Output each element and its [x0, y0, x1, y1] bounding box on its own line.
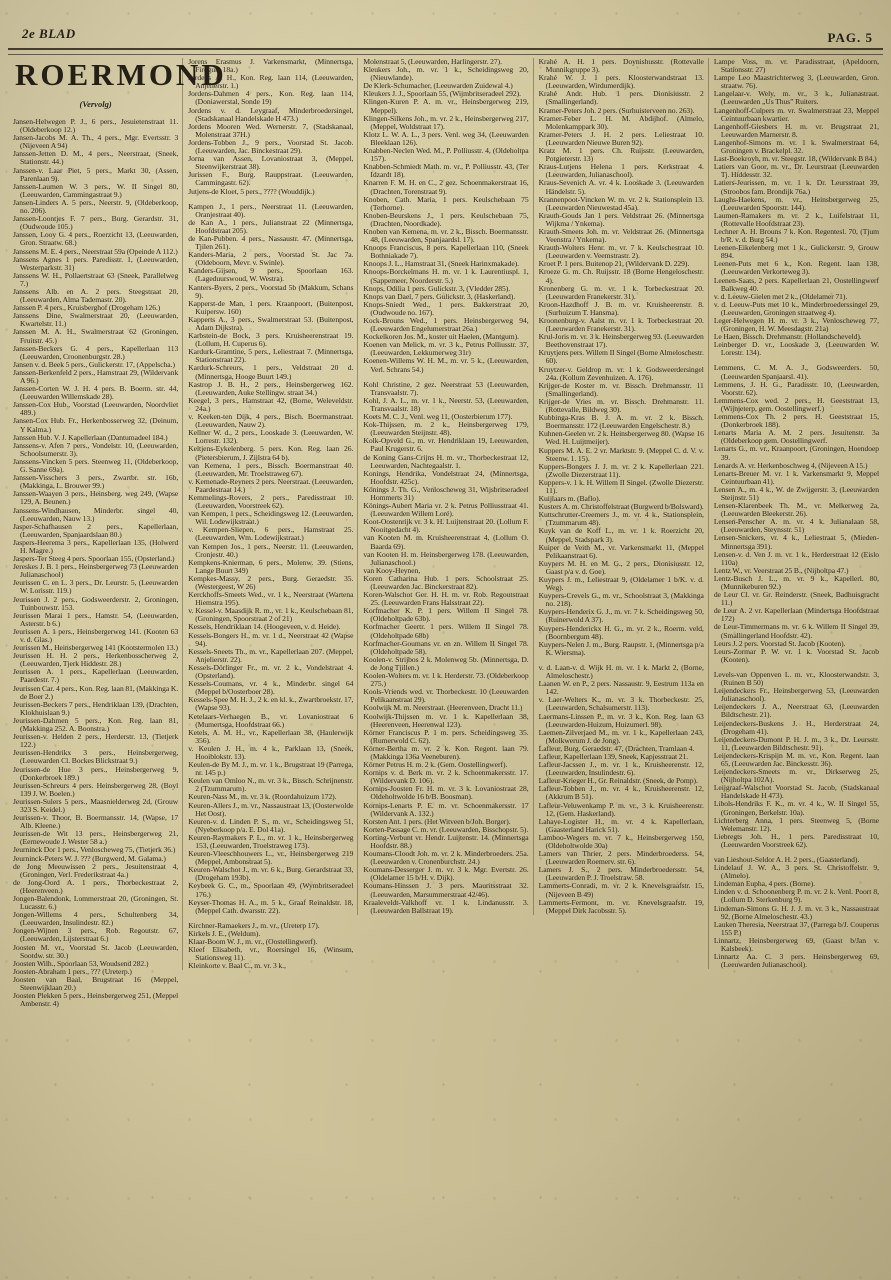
directory-entry: Könings-Aubert Maria vr. 2 k. Petrus Pol…: [363, 502, 528, 518]
directory-entry: Krannenpoot-Vincken W. m. vr. 2 k. Stati…: [539, 196, 704, 212]
directory-entry: Joosten M. vr., Voorstad St. Jacob (Leeu…: [13, 944, 178, 960]
directory-entry: Klingen-Silkens Joh., m. vr. 2 k., Heins…: [363, 115, 528, 131]
directory-entry: Jansen-Cox Hub. Fr., Herkenbosserweg 32,…: [13, 417, 178, 433]
column-3-entries: Molenstraat 5, (Leeuwarden, Harlingerstr…: [363, 58, 528, 915]
directory-entry: Körner Franciscus P. 1 m. pers. Scheidin…: [363, 729, 528, 745]
directory-entry: Kuypers M. H. en M. G., 2 pers., Dionisi…: [539, 560, 704, 576]
directory-entry: Jeurissen J. 2 pers., Godsweerderstr. 2,…: [13, 596, 178, 612]
directory-entry: Knops-Sniedt Wed., 1 pers. Bakkerstraat …: [363, 301, 528, 317]
directory-entry: Kok-Thijssen, m. 2 k., Heinsbergerweg 17…: [363, 421, 528, 437]
directory-entry: Krul-Joris m. vr. 3 k. Heinsbergerweg 93…: [539, 333, 704, 349]
directory-entry: Leijgraaf-Walschot Voorstad St. Jacob, (…: [714, 784, 879, 800]
directory-entry: van Kooten M. m. Kruisheerenstraat 4, (L…: [363, 534, 528, 550]
directory-entry: de Leur A. 2 vr. Kapellerlaan (Mindertsg…: [714, 607, 879, 623]
directory-entry: Koumans-Hinssen J. 3 pers. Mauritsstraat…: [363, 882, 528, 898]
directory-entry: Linnartz Aa. C. 3 pers. Heinsbergerweg 6…: [714, 953, 879, 969]
directory-entry: Kohl, J. A. L., m. vr. 1 k., Neerstr. 53…: [363, 397, 528, 413]
directory-entry: Kuyk van de Koff L., m. vr. 1 k. Roerzic…: [539, 527, 704, 543]
directory-entry: Lemmens-Cox wed. 2 pers., H. Geeststraat…: [714, 397, 879, 413]
directory-entry: Jurissen F., Burg. Rauppstraat. (Leeuwar…: [188, 171, 353, 187]
directory-entry: Knoben, Cath. Maria, 1 pers. Keulschebaa…: [363, 196, 528, 212]
directory-entry: Könings J. Th. G., Venloscheweg 31, Wijs…: [363, 486, 528, 502]
directory-entry: Kuypers J. m., Leliestraat 9, (Oldelamer…: [539, 576, 704, 592]
directory-entry: Latiers van Goor, m. vr., Dr. Leurstraat…: [714, 163, 879, 179]
directory-entry: Kellner W. d., 2 pers., Looskade 3. (Lee…: [188, 429, 353, 445]
directory-entry: Jordens Mooren Wed. Wernerstr. 7, (Stads…: [188, 123, 353, 139]
directory-entry: Lenarts Maria A. M. 2 pers. Jesuitenstr.…: [714, 429, 879, 445]
directory-entry: Jansen-Jacobs M. A. Th., 4 pers., Mgr. E…: [13, 134, 178, 150]
directory-entry: Koenen van Melick, m. vr. 3 k., Petrus P…: [363, 341, 528, 357]
column-1-entries: Jansen-Helwegen P. J., 6 pers., Jesuiete…: [13, 118, 178, 1008]
directory-entry: Leenen-Eikelenberg met 1 k., Gulickerstr…: [714, 244, 879, 260]
directory-entry: Kessels-Spee M. H. J., 2 k. en kl. k., Z…: [188, 696, 353, 712]
directory-entry: de Jong-Oord A. 1 pers., Thorbeckestraat…: [13, 879, 178, 895]
directory-entry: Leger-Helwegen H. m. vr. 3 k., Venlosche…: [714, 317, 879, 333]
directory-entry: Lensen-Klarenbeek Th. M., vr. Melkerweg …: [714, 502, 879, 518]
masthead: 2e BLAD PAG. 5: [8, 0, 883, 50]
directory-entry: Kramer-Peters J. H. 2 pers. Leliestraat …: [539, 131, 704, 147]
directory-entry: Knoben-Beurskens J., 1 pers. Keulschebaa…: [363, 212, 528, 228]
directory-entry: Kessels-Bongers H., m. vr. 1 d., Neerstr…: [188, 632, 353, 648]
column-2-entries: Jorens Erasmus J. Varkensmarkt, (Minnert…: [188, 58, 353, 970]
directory-entry: Lichterberg Anna, 1 pers. Steenweg 5, (B…: [714, 817, 879, 833]
section-subtitle: (Vervolg): [13, 99, 178, 109]
directory-entry: Kardurk-Gramtine, 5 pers., Leliestraat 7…: [188, 348, 353, 364]
directory-entry: Koolwijk-Thijssen m. vr. 1 k. Kapellerla…: [363, 713, 528, 729]
directory-entry: Jeurissen Marai 1 pers., Hamstr. 54, (Le…: [13, 612, 178, 628]
directory-entry: Knoops-Borckelmans H. m. vr. 1 k. Lauren…: [363, 268, 528, 284]
directory-entry: Kuypers-Henderickx H. G., m. vr. 2 k., R…: [539, 625, 704, 641]
directory-entry: Lamers J. S., 2 pers. Minderbroedersstr.…: [539, 866, 704, 882]
directory-entry: Jansen-Linders A. 5 pers., Neerstr. 9, (…: [13, 199, 178, 215]
directory-entry: Kuttschrutter-Creemers J., m. vr. 4 k., …: [539, 511, 704, 527]
directory-entry: Korting-Verbunt vr. Hendr. Luijtenstr. 1…: [363, 834, 528, 850]
directory-entry: v. d. Leeuw-Puts met 10 k., Minderbroede…: [714, 301, 879, 317]
directory-entry: Koumans-Desserger J. m. vr. 3 k. Mgr. Ev…: [363, 866, 528, 882]
directory-entry: van Kemena, 1 pers., Bissch. Boermanstra…: [188, 462, 353, 478]
directory-entry: Keuren-Allers J., m. vr., Nassaustraat 1…: [188, 802, 353, 818]
directory-entry: Korfmacher K. P. 1 pers. Willem II Singe…: [363, 607, 528, 623]
directory-entry: Lechner A. H. Brouns 7 k. Kon. Regentesl…: [714, 228, 879, 244]
directory-entry: Knarren F. M. H. en C., 2 gez. Schoenmak…: [363, 179, 528, 195]
directory-entry: Keuren-Walschot J., m. vr. 6 k., Burg. G…: [188, 866, 353, 882]
directory-entry: Kessels-Coumans, vr. 4 k., Minderbr. sin…: [188, 680, 353, 696]
directory-entry: Kroonenburg-v. Aalst m. vr. 1 k. Torbeck…: [539, 317, 704, 333]
directory-entry: Klotz L. W. A. L., 3 pers. Venl. weg 34,…: [363, 131, 528, 147]
directory-entry: de Leur-Timmermans m. vr. 6 k. Willem II…: [714, 623, 879, 639]
directory-entry: v. Kemenade-Reyners 2 pers. Neerstraat. …: [188, 478, 353, 494]
directory-entry: Lamboo-Wegers m. vr. 7 k., Heinsbergerwe…: [539, 834, 704, 850]
directory-entry: Lafleur-Veluwenkamp P. m. vr., 3 k. Krui…: [539, 802, 704, 818]
directory-entry: Lentz-Busch J. L., m. vr. 9 k., Kapeller…: [714, 575, 879, 591]
directory-entry: Langenhof-Simons m. vr. 1 k. Swalmerstra…: [714, 139, 879, 155]
directory-entry: Joosten Plekken 5 pers., Heinsbergerweg …: [13, 992, 178, 1008]
directory-entry: Knabben-Schmiedt Math. m. vr., P. Polliu…: [363, 163, 528, 179]
directory-entry: Krauth-Wolters Henr. m. vr. 7 k. Keulsch…: [539, 244, 704, 260]
directory-entry: Kuiper de Veith M., vr. Varkensmarkt 11,…: [539, 544, 704, 560]
column-1: ROERMOND (Vervolg) Jansen-Helwegen P. J.…: [8, 58, 182, 1008]
directory-entry: Jongen-Wijnen 3 pers., Rob. Regoutstr. 6…: [13, 927, 178, 943]
directory-entry: Jasper-Schafhausen 2 pers., Kapellerlaan…: [13, 523, 178, 539]
directory-entry: Jeurissen-Dahmen 5 pers., Kon. Reg. laan…: [13, 717, 178, 733]
directory-entry: Kampen J., 1 pers., Neerstraat 11. (Leeu…: [188, 203, 353, 219]
directory-entry: Janssens W. H., Pollaertstraat 63 (Sneek…: [13, 272, 178, 288]
newspaper-page: 2e BLAD PAG. 5 ROERMOND (Vervolg) Jansen…: [8, 0, 883, 1008]
directory-entry: van Kempen Jos., 1 pers., Neerstr. 11. (…: [188, 543, 353, 559]
directory-entry: Laemen-Zilverjaed M., m. vr. 1 k., Kapel…: [539, 729, 704, 745]
directory-entry: Knoben van Kemena, m. vr. 2 k., Bissch. …: [363, 228, 528, 244]
directory-entry: Kardurk-Schreurs, 1 pers., Veldstraat 20…: [188, 364, 353, 380]
directory-entry: Kessels-Sneets Th., m. vr., Kapellerlaan…: [188, 648, 353, 664]
directory-entry: Janssen-Visschers 3 pers., Zwartbr. str.…: [13, 474, 178, 490]
directory-entry: Koolen-Wolters m. vr. 1 k. Herderstr. 73…: [363, 672, 528, 688]
directory-entry: Lammerts-Conradi, m. vr. 2 k. Knevelsgra…: [539, 882, 704, 898]
directory-entry: Jeurissen C. en L. 3 pers., Dr. Leurstr.…: [13, 579, 178, 595]
directory-entry: v. Keulen J. H., m. 4 k., Parklaan 13, (…: [188, 745, 353, 761]
directory-entry: Kratz M. 1 pers. Ch. Ruijsstr. (Leeuward…: [539, 147, 704, 163]
directory-entry: Lemmens-Cox Th. 2 pers. H. Geeststraat 1…: [714, 413, 879, 429]
directory-entry: Kapperst-de Man, 1 pers. Kraanpoort, (Bu…: [188, 300, 353, 316]
directory-entry: Kuypers-Henderix G. J., m. vr. 7 k. Sche…: [539, 608, 704, 624]
directory-entry: Jongen-Willems 4 pers., Schultenberg 34,…: [13, 911, 178, 927]
directory-entry: Janssen-Berkenfeld 2 pers., Hamstraat 29…: [13, 369, 178, 385]
directory-entry: Janssen-Laumen W. 3 pers., W. II Singel …: [13, 183, 178, 199]
column-layout: ROERMOND (Vervolg) Jansen-Helwegen P. J.…: [8, 50, 883, 1008]
directory-entry: Lemmens, C. M. A. J., Godsweerders. 50, …: [714, 364, 879, 380]
edition-label: 2e BLAD: [22, 26, 76, 42]
directory-entry: Jutjens-de Kloet, 5 pers., ???? (Wouddij…: [188, 188, 353, 196]
directory-entry: Jaspers-Heerema 3 pers., Kapellerlaan 13…: [13, 539, 178, 555]
directory-entry: Koumans-Cloodt Joh. m. vr. 2 k. Minderbr…: [363, 850, 528, 866]
directory-entry: Janssen M. A. H., Swalmerstraat 62 (Gron…: [13, 328, 178, 344]
directory-entry: Janssens Alb. en A. 2 pers. Steegstraat …: [13, 288, 178, 304]
directory-entry: Kanters-Byers, 2 pers., Voorstad 5b (Mak…: [188, 284, 353, 300]
directory-entry: Jeurissen-v. Thoor, B. Boermansstr. 14, …: [13, 814, 178, 830]
directory-entry: v. Kempen-Sliepen, 6 pers., Hamstraat 25…: [188, 526, 353, 542]
directory-entry: Lenarts G., m. vr., Kraanpoort, (Groning…: [714, 445, 879, 461]
directory-entry: Kornips v. d. Berk m. vr. 2 k. Schoenmak…: [363, 769, 528, 785]
directory-entry: Laumen-Ramakers m. vr. 2 k., Luifelstraa…: [714, 212, 879, 228]
directory-entry: Kronenberg G. m. vr. 1 k. Torbeckestraat…: [539, 285, 704, 301]
directory-entry: Leijendeckers J. A., Neerstraat 63, (Lee…: [714, 703, 879, 719]
directory-entry: Kraus-Lutjens Helena 1 pers. Kerkstraat …: [539, 163, 704, 179]
directory-entry: Keyser-Thomas H. A., m. 5 k., Graaf Rein…: [188, 899, 353, 915]
directory-entry: Kornips-Joosten Fr. H. m. vr. 3 k. Lovan…: [363, 785, 528, 801]
directory-entry: Krijger-de Koster m. vr. Bissch. Drehman…: [539, 382, 704, 398]
directory-entry: Kanders-Gijsen, 9 pers., Spoorlaan 163. …: [188, 267, 353, 283]
directory-entry: Jeurissen-Schreurs 4 pers. Heinsbergerwe…: [13, 782, 178, 798]
directory-entry: Knoops Franciscus, 8 pers. Kapellerlaan …: [363, 244, 528, 260]
directory-entry: Janssen-Beckers G. 4 pers., Kapellerlaan…: [13, 345, 178, 361]
directory-entry: Kuppers-v. 1 k. H. Willem II Singel. (Zw…: [539, 479, 704, 495]
directory-entry: Joosten van Baal, Brugstraat 16 (Meppel,…: [13, 976, 178, 992]
directory-entry: Linnartz, Heinsbergerweg 69, (Gaast b/Ja…: [714, 937, 879, 953]
directory-entry: Korfmacher Geertr. 1 pers. Willem II Sin…: [363, 623, 528, 639]
directory-entry: Krijger-de Vries m. vr. Bissch. Drehmans…: [539, 398, 704, 414]
directory-entry: Kanders-Maria, 2 pers., Voorstad St. Jac…: [188, 251, 353, 267]
directory-entry: Ketels, A. M. H., vr., Kapellerlaan 38, …: [188, 729, 353, 745]
directory-entry: Jordens v. d. Leygraaf, Minderbroedersin…: [188, 107, 353, 123]
directory-entry: v. d. Laan-v. d. Wijk H. m. vr. 1 k. Mar…: [539, 664, 704, 680]
column-5: Lampe Voss, m. vr. Paradisstraat, (Apeld…: [708, 58, 883, 969]
directory-entry: Lauken Theresia, Neerstraat 37, (Parrega…: [714, 921, 879, 937]
directory-entry: Jeurissen-Hendrikx 3 pers., Heinsbergerw…: [13, 749, 178, 765]
directory-entry: Liebregts Joh. H., 1 pers. Paredisstraat…: [714, 833, 879, 849]
directory-entry: Kleukers Joh., m. vr. 1 k., Scheidingswe…: [363, 66, 528, 82]
directory-entry: Janssens-Vincken 5 pers. Steenweg 11, (O…: [13, 458, 178, 474]
directory-entry: Kempkens-Knierman, 6 pers., Molenw. 39. …: [188, 559, 353, 575]
directory-entry: Krauth-Gouds Jan 1 pers. Veldstraat 26. …: [539, 212, 704, 228]
directory-entry: Kapperts A., 3 pers., Swalmerstraat 53. …: [188, 316, 353, 332]
directory-entry: de Koning Gans-Crijns H. m. vr., Thorbec…: [363, 454, 528, 470]
directory-entry: Kock-Brouns Wed., 1 pers. Heinsbergerweg…: [363, 317, 528, 333]
masthead-rule: [8, 48, 883, 55]
directory-entry: Janssen-Loontjes F. 7 pers., Burg. Gerar…: [13, 215, 178, 231]
directory-entry: Koot-Oostenrijk vr. 3 k. H. Luijtenstraa…: [363, 518, 528, 534]
directory-entry: Kuhnen-Geelen vr. 2 k. Heinsbergerweg 80…: [539, 430, 704, 446]
directory-entry: de Jong Meeuwissen 2 pers., Jesuitenstra…: [13, 863, 178, 879]
directory-entry: Krahé Andr. Hub. 1 pers. Dionisiusstr. 2…: [539, 90, 704, 106]
directory-entry: Kraaleveldt-Valkhoff vr. 1 k. Lindanusst…: [363, 899, 528, 915]
directory-entry: van Kooten H. m. Heinsbergerweg 178. (Le…: [363, 551, 528, 567]
directory-entry: Keltjens-Eykelenberg. 5 pers. Kon. Reg. …: [188, 445, 353, 461]
directory-entry: Jongen-Balendonk, Lommerstraat 20, (Gron…: [13, 895, 178, 911]
directory-entry: Karbstein-de Bock, 3 pers. Kruisheerenst…: [188, 332, 353, 348]
directory-entry: Konings, Hendrika, Vondelstraat 24, (Min…: [363, 470, 528, 486]
directory-entry: Koren Catharina Hub. 1 pers. Schoolstraa…: [363, 575, 528, 591]
column-3: Molenstraat 5, (Leeuwarden, Harlingerstr…: [357, 58, 532, 915]
directory-entry: Kraus-Sevenich A. vr. 4 k. Looskade 3. (…: [539, 179, 704, 195]
directory-entry: Lindeman-Simons G. H. J. J. m. vr. 3 k.,…: [714, 905, 879, 921]
directory-entry: Lammerts-Fermont, m. vr. Knevelsgraafstr…: [539, 899, 704, 915]
directory-entry: Jeurissen-de Wit 13 pers., Heinsbergerwe…: [13, 830, 178, 846]
directory-entry: Langelaar-v. Wely, m. vr., 3 k., Juliana…: [714, 90, 879, 106]
directory-entry: Kempkes-Massy, 2 pers., Burg. Geraedstr.…: [188, 575, 353, 591]
directory-entry: Koenen-Willems W. H. M., m. vr. 5 k., (L…: [363, 357, 528, 373]
directory-entry: Libols-Hendriks F. K., m. vr. 4 k., W. I…: [714, 800, 879, 816]
directory-entry: Jeurissen-de Hue 3 pers., Heinsbergerweg…: [13, 766, 178, 782]
directory-entry: Körner-Bertha m. vr. 2 k. Kon. Regent. l…: [363, 745, 528, 761]
directory-entry: Laermans-Linssen P., m. vr. 3 k., Kon. R…: [539, 713, 704, 729]
directory-entry: Krahé W. J. 1 pers. Kloosterwandstraat 1…: [539, 74, 704, 90]
directory-entry: Jereskes J. B. 1 pers., Heinsbergerweg 7…: [13, 563, 178, 579]
directory-entry: Kools-Vriends wed. vr. Thorbeckestr. 10 …: [363, 688, 528, 704]
directory-entry: Kroon-Hazdhoff J. B. m. vr. Kruisheerens…: [539, 301, 704, 317]
directory-entry: Keuren-v. d. Linden P. S., m. vr., Schei…: [188, 818, 353, 834]
directory-entry: Janssen-Jetten D. M., 4 pers., Neerstraa…: [13, 150, 178, 166]
directory-entry: Leenen-Puts met 6 k., Kon. Regent. laan …: [714, 260, 879, 276]
directory-entry: Leijendeckers Fr., Heinsbergerweg 53, (L…: [714, 687, 879, 703]
directory-entry: Latiers-Jeurissen, m. vr. 1 k. Dr. Leurs…: [714, 179, 879, 195]
directory-entry: Jansen-Helwegen P. J., 6 pers., Jesuiete…: [13, 118, 178, 134]
column-5-entries: Lampe Voss, m. vr. Paradisstraat, (Apeld…: [714, 58, 879, 969]
section-title: ROERMOND: [15, 60, 178, 90]
directory-entry: Lamers van Thrier, 2 pers. Minderbroeder…: [539, 850, 704, 866]
directory-entry: Kleinkorte v. Baal C., m. vr. 3 k.,: [188, 962, 353, 970]
directory-entry: v. Laer-Welters K., m. vr. 3 k. Thorbeck…: [539, 696, 704, 712]
directory-entry: Korfmacher-Goumans vr. en zn. Willem II …: [363, 640, 528, 656]
directory-entry: Jeurissen A. 1 pers., Kapellerlaan (Leeu…: [13, 668, 178, 684]
directory-entry: Levels-van Oppenven L. m. vr., Kloosterw…: [714, 671, 879, 687]
directory-entry: Kroeze G. m. Ch. Ruijsstr. 18 (Borne Hen…: [539, 268, 704, 284]
directory-entry: Lenarts-Breuer M. vr. 1 k. Varkensmarkt …: [714, 470, 879, 486]
directory-entry: Linden v. d. Schoonenberg P. m. vr. 2 k.…: [714, 888, 879, 904]
directory-entry: v. Kessel-v. Maasdijk R. m., vr. 1 k., K…: [188, 607, 353, 623]
directory-entry: Leijendeckers-Smeets m. vr., Dirkserweg …: [714, 768, 879, 784]
directory-entry: Jeurissen-v. Helden 2 pers., Herderstr. …: [13, 733, 178, 749]
directory-entry: Kerckhoffs-Smeets Wed., vr. 1 k., Neerst…: [188, 591, 353, 607]
directory-entry: Koolen-v. Strijbos 2 k. Molenweg 5b. (Mi…: [363, 656, 528, 672]
directory-entry: Lafleur-Tobben J., m. vr. 4 k., Kruishee…: [539, 785, 704, 801]
directory-entry: Keulen-de By M. J., m. vr. 1 k., Brugstr…: [188, 761, 353, 777]
directory-entry: Kuypers-Crevels G., m. vr., Schoolstraat…: [539, 592, 704, 608]
directory-entry: Janssens Dine, Swalmerstraat 20, (Leeuwa…: [13, 312, 178, 328]
directory-entry: Kuppers-Bongers J. J. m. vr. 2 k. Kapell…: [539, 463, 704, 479]
column-4-entries: Krahé A. H. 1 pers. Doynishusstr. (Rotte…: [539, 58, 704, 915]
directory-entry: de Leur Cl. vr. Gr. Reinderstr. (Sneek, …: [714, 591, 879, 607]
directory-entry: Ketelaars-Verhaegen B., vr. Lovaniostraa…: [188, 713, 353, 729]
directory-entry: Leinberger D. vr., Looskade 3, (Leeuward…: [714, 341, 879, 357]
directory-entry: Janssens Agnes 1 pers. Paredisstr. 1, (L…: [13, 256, 178, 272]
directory-entry: Kessels-Dörlinger Fr., m. vr. 2 k., Vond…: [188, 664, 353, 680]
directory-entry: Kuypers-Nelen J. m., Burg. Raupstr. 1, (…: [539, 641, 704, 657]
directory-entry: Koren-Walschot Ger. H. H. m. vr. Rob. Re…: [363, 591, 528, 607]
directory-entry: Lensen A., m. 4 k., W. de Zwijgerstr. 3,…: [714, 486, 879, 502]
page-number-label: PAG. 5: [828, 30, 873, 46]
directory-entry: Lensen-Penscher A. m. vr. 4 k. Julianala…: [714, 518, 879, 534]
directory-entry: Knabben-Neclen Wed. M., P. Polliusstr. 4…: [363, 147, 528, 163]
directory-entry: Krauth-Smeets Joh. m. vr. Veldstraat 26.…: [539, 228, 704, 244]
directory-entry: Kuppers M. A. E. 2 vr. Marktstr. 9. (Mep…: [539, 447, 704, 463]
directory-entry: Kemmelings-Rovers, 2 pers., Paredisstraa…: [188, 494, 353, 510]
directory-entry: v. Keeken-ten Dijk, 4 pers., Bisch. Boer…: [188, 413, 353, 429]
directory-entry: Leurs-Zormar P. W. vr. 1 k. Voorstad St.…: [714, 648, 879, 664]
directory-entry: Jeurissen H. H. 2 pers., Herkenbosscherw…: [13, 652, 178, 668]
directory-entry: Janssens-v. Afen 7 pers., Vondelstr. 10,…: [13, 442, 178, 458]
directory-entry: Kornips-Lenarts P. E. m. vr. Schoenmaker…: [363, 802, 528, 818]
directory-entry: Jeurissen-Sulers 5 pers., Maasnielderweg…: [13, 798, 178, 814]
directory-entry: Kruytjens pers. Willem II Singel (Borne …: [539, 349, 704, 365]
directory-entry: Krahé A. H. 1 pers. Doynishusstr. (Rotte…: [539, 58, 704, 74]
directory-entry: van Kempen, 1 pers., Scheidingsweg 12. (…: [188, 510, 353, 526]
directory-entry: Klingen-Kuren P. A. m. vr., Heinsbergerw…: [363, 98, 528, 114]
directory-entry: Langenhoff-Culpers m. vr. Swalmerstraat …: [714, 107, 879, 123]
directory-entry: Janssen-Corten W. J. H. 4 pers. B. Boerm…: [13, 385, 178, 401]
directory-entry: Janssen-Cox Hub., Voorstad (Leeuwarden, …: [13, 401, 178, 417]
directory-entry: Laughs-Haekens, m. vr., Heinsbergerweg 2…: [714, 196, 879, 212]
directory-entry: Laanen W. en P., 2 pers. Nassaustr. 9, E…: [539, 680, 704, 696]
directory-entry: Keegel, 3 pers., Hamstraat 42, (Borne, W…: [188, 397, 353, 413]
directory-entry: Lensen-v. d. Ven J. m. vr. 1 k., Herders…: [714, 551, 879, 567]
directory-entry: Keulen van Omloo N., m. vr. 3 k., Bissch…: [188, 777, 353, 793]
directory-entry: Kubbinga-Kras B. J. A. m. vr. 2 k. Bissc…: [539, 414, 704, 430]
directory-entry: Leijendeckers-Krispijn M. m. vr., Kon. R…: [714, 752, 879, 768]
directory-entry: Jordens-Tobben J., 9 pers., Voorstad St.…: [188, 139, 353, 155]
directory-entry: Janssen-v. Laar Piet, 5 pers., Markt 30,…: [13, 167, 178, 183]
directory-entry: Lemmens, J. H. G., Paradisstr. 10, (Leeu…: [714, 381, 879, 397]
directory-entry: Kleef Elisabeth, vr., Roersingel 16, (Wi…: [188, 946, 353, 962]
directory-entry: Jeurissen A. 1 pers., Heinsbergerweg 141…: [13, 628, 178, 644]
directory-entry: Langenhoff-Giesbers H. m. vr. Brugstraat…: [714, 123, 879, 139]
directory-entry: Lafleur-Jacssen J., m. vr. 1 k., Kruishe…: [539, 761, 704, 777]
directory-entry: Kramer-Feber L. H. M. Abdijhof. (Almelo,…: [539, 115, 704, 131]
directory-entry: Jeurissen-Beckers 7 pers., Hendriklaan 1…: [13, 701, 178, 717]
directory-entry: Leijendeckers-Buskens J. H., Herderstraa…: [714, 720, 879, 736]
directory-entry: Kruytzer-v. Geldrop m. vr. 1 k. Godsweer…: [539, 366, 704, 382]
directory-entry: Jeurissen Car. 4 pers., Kon. Reg. laan 8…: [13, 685, 178, 701]
directory-entry: Lahaye-Logister H., m. vr. 4 k. Kapeller…: [539, 818, 704, 834]
column-4: Krahé A. H. 1 pers. Doynishusstr. (Rotte…: [533, 58, 708, 915]
column-2: Jorens Erasmus J. Varkensmarkt, (Minnert…: [182, 58, 357, 970]
directory-entry: Keuren-Vleeschhouwers L., vr., Heinsberg…: [188, 850, 353, 866]
directory-entry: Leijendeckers-Dumont P. H. J. m., 3 k., …: [714, 736, 879, 752]
directory-entry: Lampe Voss, m. vr. Paradisstraat, (Apeld…: [714, 58, 879, 74]
directory-entry: Kohl Christine, 2 gez. Neerstraat 53 (Le…: [363, 381, 528, 397]
directory-entry: Keybeek G. C., m., Spoorlaan 49, (Wymbri…: [188, 882, 353, 898]
directory-entry: Lensen-Snickers, vr. 4 k., Leliestraat 5…: [714, 534, 879, 550]
directory-entry: Keuren-Raymakers P. L., m. vr. 1 k., Hei…: [188, 834, 353, 850]
directory-entry: de Kan-Pubben. 4 pers., Nassaustr. 47. (…: [188, 235, 353, 251]
directory-entry: Leenen-Saats, 2 pers. Kapellerlaan 21, O…: [714, 277, 879, 293]
directory-entry: Janssens-Windhausen, Minderbr. singel 40…: [13, 507, 178, 523]
directory-entry: Janssen, Looy G. 4 pers., Roerzicht 13, …: [13, 231, 178, 247]
directory-entry: Kolk-Opveld G., m. vr. Hendriklaan 19, L…: [363, 437, 528, 453]
directory-entry: Lampe Leo Maastrichterweg 3, (Leeuwarden…: [714, 74, 879, 90]
directory-entry: Kastrop J. B. H., 2 pers., Heinsbergerwe…: [188, 381, 353, 397]
directory-entry: Jorna van Assen, Lovaniostraat 3, (Meppe…: [188, 155, 353, 171]
directory-entry: Janssen-Waayen 3 pers., Heinsberg. weg 2…: [13, 490, 178, 506]
directory-entry: de Kan A., 1 pers., Julianstraat 22 (Min…: [188, 219, 353, 235]
directory-entry: Lindelauf J. W. A., 3 pers. St. Christof…: [714, 864, 879, 880]
directory-entry: Jordens-Dahmen 4 pers., Kon. Reg. laan 1…: [188, 90, 353, 106]
